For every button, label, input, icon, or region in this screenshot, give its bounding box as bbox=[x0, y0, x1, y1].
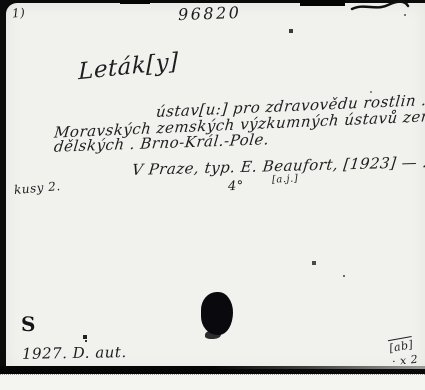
accession-number: 96820 bbox=[178, 3, 242, 24]
date-note: 1927. D. aut. bbox=[22, 343, 127, 363]
scan-edge-artifact bbox=[300, 0, 345, 6]
format-mark: 4° bbox=[228, 179, 244, 195]
ink-blot bbox=[201, 292, 233, 335]
insert-note: [a.j.] bbox=[272, 173, 299, 185]
card-bottom-edge bbox=[0, 366, 425, 374]
corner-number-note: 1) bbox=[12, 6, 26, 21]
pen-swoosh-mark bbox=[350, 0, 410, 14]
category-letter: S bbox=[21, 312, 35, 336]
paper-specks bbox=[0, 0, 2, 2]
scanned-catalog-card-page: 1) 96820 Leták[y] ústav[u:] pro zdravově… bbox=[0, 0, 425, 390]
corner-annotation-bottom: · x 2 bbox=[391, 353, 418, 369]
scanner-background bbox=[0, 374, 425, 390]
scan-edge-artifact bbox=[120, 0, 150, 4]
